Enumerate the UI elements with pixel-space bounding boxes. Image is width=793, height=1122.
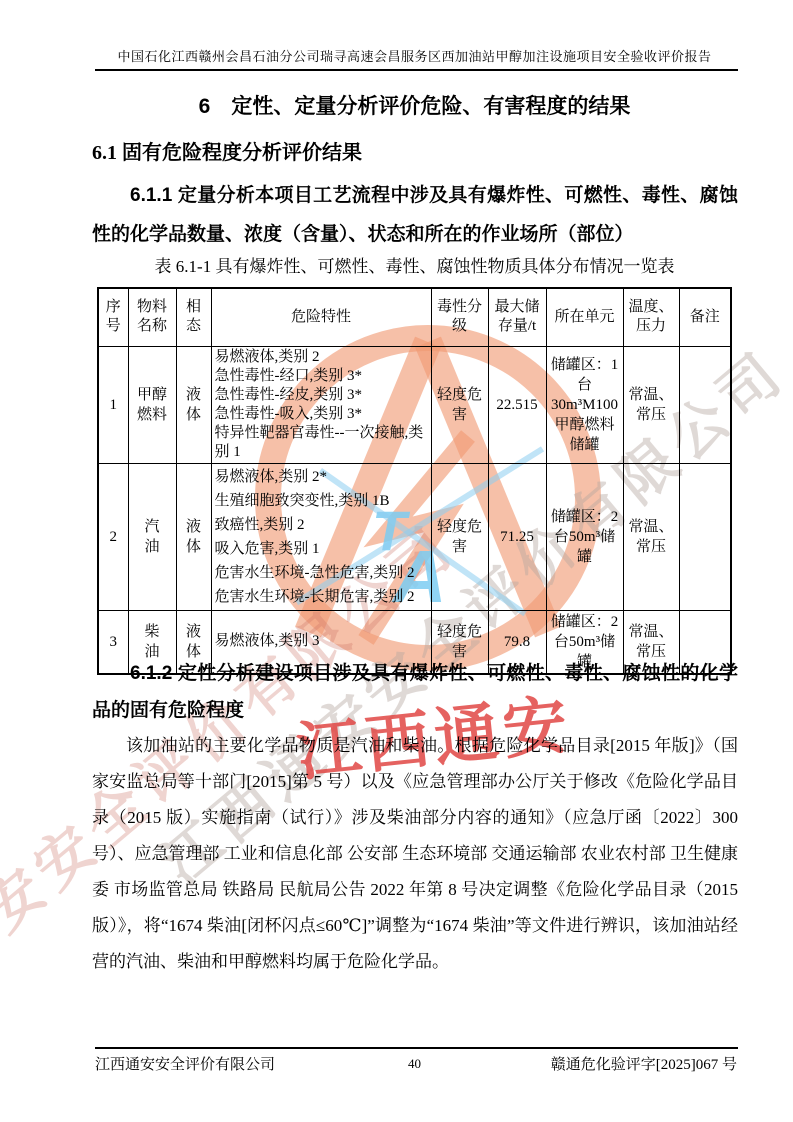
hazard-line: 急性毒性-经皮,类别 3*: [215, 386, 428, 405]
cell-temp-pressure: 常温、常压: [623, 346, 679, 463]
footer-document-number: 赣通危化验评字[2025]067 号: [551, 1053, 737, 1074]
section-6-1-1-heading: 6.1.1 定量分析本项目工艺流程中涉及具有爆炸性、可燃性、毒性、腐蚀性的化学品…: [92, 176, 738, 254]
hazard-line: 急性毒性-吸入,类别 3*: [215, 405, 428, 424]
cell-no: 2: [98, 463, 128, 610]
col-header-temp-pressure: 温度、压力: [623, 288, 679, 346]
hazard-line: 危害水生环境-急性危害,类别 2: [215, 561, 428, 585]
hazard-line: 生殖细胞致突变性,类别 1B: [215, 489, 428, 513]
cell-no: 1: [98, 346, 128, 463]
report-page: 中国石化江西赣州会昌石油分公司瑞寻高速会昌服务区西加油站甲醇加注设施项目安全验收…: [0, 0, 793, 1122]
col-header-material: 物料名称: [128, 288, 176, 346]
col-header-unit: 所在单元: [546, 288, 623, 346]
section-6-1-heading: 6.1 固有危险程度分析评价结果: [92, 136, 362, 165]
cell-note: [679, 463, 731, 610]
cell-max-storage: 71.25: [488, 463, 546, 610]
hazard-line: 吸入危害,类别 1: [215, 537, 428, 561]
cell-temp-pressure: 常温、常压: [623, 463, 679, 610]
cell-note: [679, 346, 731, 463]
col-header-phase: 相态: [176, 288, 211, 346]
hazard-material-table: 序号 物料名称 相态 危险特性 毒性分级 最大储存量/t 所在单元 温度、压力 …: [97, 287, 732, 675]
hazard-line: 致癌性,类别 2: [215, 513, 428, 537]
hazard-line: 易燃液体,类别 2*: [215, 465, 428, 489]
section-6-1-2-heading: 6.1.2 定性分析建设项目涉及具有爆炸性、可燃性、毒性、腐蚀性的化学品的固有危…: [92, 655, 738, 729]
table-row-gasoline: 2 汽 油 液体 易燃液体,类别 2* 生殖细胞致突变性,类别 1B 致癌性,类…: [98, 463, 731, 610]
body-paragraph: 该加油站的主要化学品物质是汽油和柴油。根据危险化学品目录[2015 年版]》（国…: [92, 728, 738, 980]
footer-divider: [95, 1047, 738, 1049]
cell-toxicity: 轻度危害: [431, 346, 488, 463]
col-header-note: 备注: [679, 288, 731, 346]
chapter-title: 6 定性、定量分析评价危险、有害程度的结果: [92, 90, 737, 120]
hazard-line: 急性毒性-经口,类别 3*: [215, 367, 428, 386]
cell-toxicity: 轻度危害: [431, 463, 488, 610]
cell-hazards: 易燃液体,类别 2* 生殖细胞致突变性,类别 1B 致癌性,类别 2 吸入危害,…: [211, 463, 431, 610]
col-header-max-storage: 最大储存量/t: [488, 288, 546, 346]
header-divider: [95, 69, 738, 71]
cell-phase: 液体: [176, 346, 211, 463]
document-header: 中国石化江西赣州会昌石油分公司瑞寻高速会昌服务区西加油站甲醇加注设施项目安全验收…: [92, 46, 737, 65]
hazard-line: 易燃液体,类别 2: [215, 348, 428, 367]
cell-unit: 储罐区：1台30m³M100甲醇燃料储罐: [546, 346, 623, 463]
table-row-methanol: 1 甲醇 燃料 液体 易燃液体,类别 2 急性毒性-经口,类别 3* 急性毒性-…: [98, 346, 731, 463]
cell-phase: 液体: [176, 463, 211, 610]
hazard-line: 易燃液体,类别 3: [215, 632, 428, 651]
cell-max-storage: 22.515: [488, 346, 546, 463]
cell-material: 甲醇 燃料: [128, 346, 176, 463]
table-header-row: 序号 物料名称 相态 危险特性 毒性分级 最大储存量/t 所在单元 温度、压力 …: [98, 288, 731, 346]
col-header-hazards: 危险特性: [211, 288, 431, 346]
col-header-toxicity: 毒性分级: [431, 288, 488, 346]
table-caption: 表 6.1-1 具有爆炸性、可燃性、毒性、腐蚀性物质具体分布情况一览表: [92, 252, 737, 277]
cell-hazards: 易燃液体,类别 2 急性毒性-经口,类别 3* 急性毒性-经皮,类别 3* 急性…: [211, 346, 431, 463]
col-header-no: 序号: [98, 288, 128, 346]
cell-material: 汽 油: [128, 463, 176, 610]
hazard-line: 特异性靶器官毒性--一次接触,类别 1: [215, 424, 428, 462]
hazard-line: 危害水生环境-长期危害,类别 2: [215, 585, 428, 609]
cell-unit: 储罐区：2台50m³储罐: [546, 463, 623, 610]
